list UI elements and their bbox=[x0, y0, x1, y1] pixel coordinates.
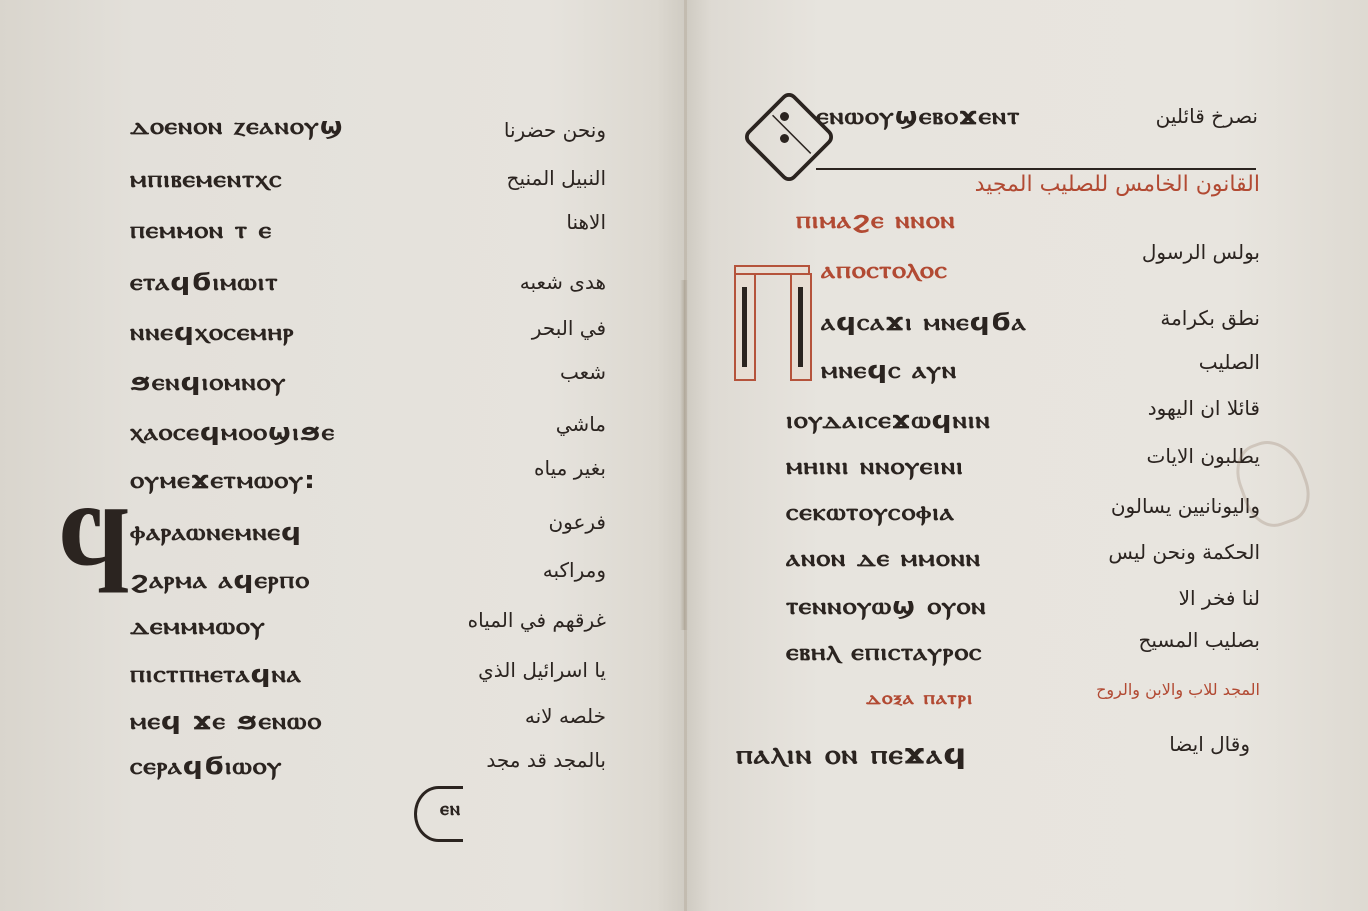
coptic-line: ⲁϥⲥⲁϫⲓ ⲙⲛⲉϥϭⲁ bbox=[821, 308, 1027, 337]
end-mark-text: ⲉⲛ bbox=[440, 796, 461, 820]
arabic-line: قائلا ان اليهود bbox=[1148, 396, 1260, 420]
header-rule bbox=[816, 168, 1256, 170]
arabic-line: نطق بكرامة bbox=[1160, 306, 1260, 330]
coptic-line: ⲧⲉⲛⲛⲟⲩⲱϣ ⲟⲩⲟⲛ bbox=[786, 592, 986, 621]
rubric-coptic: ⲡⲓⲙⲁϩⲉ ⲛⲛⲟⲛ bbox=[796, 206, 955, 235]
arabic-line: ومراكبه bbox=[543, 558, 606, 582]
coptic-line: ⲇⲟⲉⲛⲟⲛ ⲍⲉⲁⲛⲟⲩϣ bbox=[130, 112, 344, 141]
decorated-initial: ϥ bbox=[60, 480, 130, 621]
coptic-line: ϧⲉⲛϥⲓⲟⲙⲛⲟⲩ bbox=[130, 368, 286, 397]
header-coptic: ⲉⲛⲱⲟⲩϣⲉⲃⲟϫⲉⲛⲧ bbox=[816, 102, 1020, 131]
left-page: ⲇⲟⲉⲛⲟⲛ ⲍⲉⲁⲛⲟⲩϣ ⲙⲡⲓⲃⲉⲙⲉⲛⲧⲭⲥ ⲡⲉⲙⲙⲟⲛ ⲧ ⲉ ⲉⲧ… bbox=[0, 0, 686, 911]
coptic-line: ⲇⲉⲙⲙⲙⲱⲟⲩ bbox=[130, 612, 266, 641]
arabic-line: بولس الرسول bbox=[1142, 240, 1260, 264]
arabic-line: خلصه لانه bbox=[525, 704, 606, 728]
arabic-line: النبيل المنيح bbox=[507, 166, 606, 190]
arabic-line: الحكمة ونحن ليس bbox=[1108, 540, 1260, 564]
arabic-line: ماشي bbox=[556, 412, 606, 436]
coptic-line: ⲥⲉⲣⲁϥϭⲓⲱⲟⲩ bbox=[130, 752, 282, 781]
arabic-line: شعب bbox=[560, 360, 606, 384]
doxology-coptic: ⲇⲟⲝⲁ ⲡⲁⲧⲣⲓ bbox=[866, 688, 973, 709]
arabic-line: في البحر bbox=[532, 316, 606, 340]
arabic-line: بالمجد قد مجد bbox=[486, 748, 606, 772]
final-coptic: ⲡⲁⲗⲓⲛ ⲟⲛ ⲡⲉϫⲁϥ bbox=[736, 738, 967, 771]
arabic-line: بصليب المسيح bbox=[1138, 628, 1260, 652]
arabic-line: واليونانيين يسالون bbox=[1111, 494, 1260, 518]
rubric-coptic: ⲁⲡⲟⲥⲧⲟⲗⲟⲥ bbox=[821, 256, 948, 285]
final-arabic: وقال ايضا bbox=[1169, 732, 1250, 756]
arabic-line: يا اسرائيل الذي bbox=[478, 658, 606, 682]
coptic-line: ⲡⲉⲙⲙⲟⲛ ⲧ ⲉ bbox=[130, 216, 272, 245]
arabic-line: الصليب bbox=[1199, 350, 1260, 374]
coptic-line: ⲁⲛⲟⲛ ⲇⲉ ⲙⲙⲟⲛⲛ bbox=[786, 544, 981, 573]
arabic-line: فرعون bbox=[548, 510, 606, 534]
right-page: ⲉⲛⲱⲟⲩϣⲉⲃⲟϫⲉⲛⲧ نصرخ قائلين القانون الخامس… bbox=[686, 0, 1368, 911]
arabic-line: لنا فخر الا bbox=[1179, 586, 1260, 610]
header-arabic: نصرخ قائلين bbox=[1156, 104, 1258, 128]
coptic-line: ⲙⲛⲉϥⲥ ⲁⲩⲛ bbox=[821, 356, 957, 385]
ornament-dot bbox=[780, 134, 789, 143]
coptic-line: ⲙⲏⲓⲛⲓ ⲛⲛⲟⲩⲉⲓⲛⲓ bbox=[786, 452, 964, 481]
coptic-line: ⲫⲁⲣⲁⲱⲛⲉⲙⲛⲉϥ bbox=[130, 518, 302, 547]
coptic-line: ⲓⲟⲩⲇⲁⲓⲥⲉϫⲱϥⲛⲓⲛ bbox=[786, 406, 991, 435]
coptic-line: ϩⲁⲣⲙⲁ ⲁϥⲉⲣⲡⲟ bbox=[130, 566, 310, 595]
arabic-line: غرقهم في المياه bbox=[468, 608, 606, 632]
coptic-line: ⲉⲃⲏⲗ ⲉⲡⲓⲥⲧⲁⲩⲣⲟⲥ bbox=[786, 638, 982, 667]
arabic-line: الاهنا bbox=[566, 210, 606, 234]
coptic-line: ⲛⲛⲉϥⲭⲟⲥⲉⲙⲏⲣ bbox=[130, 318, 294, 347]
coptic-line: ⲡⲓⲥⲧⲡⲏⲉⲧⲁϥⲛⲁ bbox=[130, 660, 302, 689]
coptic-line: ⲉⲧⲁϥϭⲓⲙⲱⲓⲧ bbox=[130, 268, 278, 297]
coptic-line: ⲭⲁⲟⲥⲉϥⲙⲟⲟϣⲓϧⲉ bbox=[130, 418, 335, 447]
coptic-line: ⲙⲉϥ ϫⲉ ϧⲉⲛⲱⲟ bbox=[130, 707, 322, 736]
coptic-line: ⲥⲉⲕⲱⲧⲟⲩⲥⲟⲫⲓⲁ bbox=[786, 498, 955, 527]
coptic-line: ⲙⲡⲓⲃⲉⲙⲉⲛⲧⲭⲥ bbox=[130, 165, 282, 194]
coptic-line: ⲟⲩⲙⲉϫⲉⲧⲙⲱⲟⲩ: bbox=[130, 466, 316, 495]
ornament-dot bbox=[780, 112, 789, 121]
arabic-line: بغير مياه bbox=[534, 456, 606, 480]
rubric-arabic: القانون الخامس للصليب المجيد bbox=[975, 172, 1260, 197]
doxology-arabic: المجد للاب والابن والروح bbox=[1096, 680, 1260, 699]
arabic-line: هدى شعبه bbox=[520, 270, 606, 294]
decorated-initial-pi-icon bbox=[734, 265, 810, 379]
arabic-line: ونحن حضرنا bbox=[504, 118, 606, 142]
manuscript-spread: ⲇⲟⲉⲛⲟⲛ ⲍⲉⲁⲛⲟⲩϣ ⲙⲡⲓⲃⲉⲙⲉⲛⲧⲭⲥ ⲡⲉⲙⲙⲟⲛ ⲧ ⲉ ⲉⲧ… bbox=[0, 0, 1368, 911]
